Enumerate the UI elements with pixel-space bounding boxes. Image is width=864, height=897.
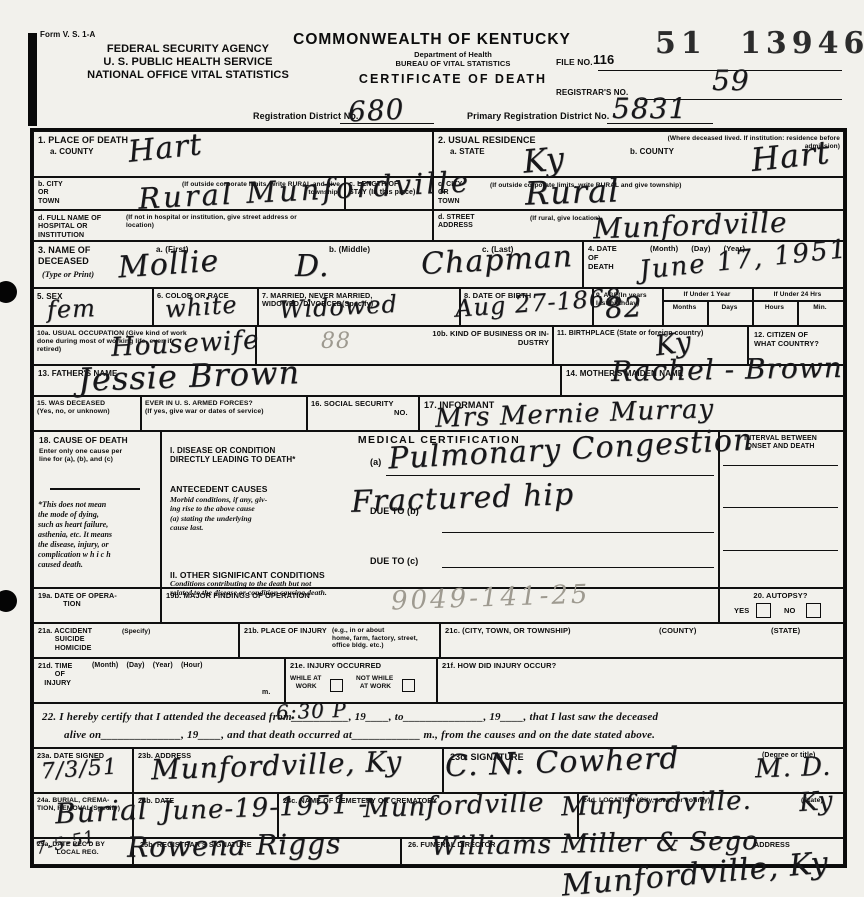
- accident-specify-note: (Specify): [122, 628, 150, 636]
- armed-forces-label: EVER IN U. S. ARMED FORCES? (If yes, giv…: [145, 400, 264, 416]
- place-of-injury-note: (e.g., in or about home, farm, factory, …: [332, 627, 418, 650]
- time-m-label: m.: [262, 689, 270, 697]
- field-armed-forces-a: 15. WAS DECEASED (Yes, no, or unknown): [33, 396, 141, 431]
- handwriting-sex: fem: [47, 294, 97, 324]
- kind-of-business-label: 10b. KIND OF BUSINESS OR IN- DUSTRY: [261, 330, 549, 348]
- handwriting-middle-name: D.: [295, 249, 330, 284]
- was-deceased-label: 15. WAS DECEASED (Yes, no, or unknown): [37, 400, 110, 416]
- time-of-injury-columns: (Month) (Day) (Year) (Hour): [92, 662, 203, 670]
- field-cause-of-death-notes: 18. CAUSE OF DEATH Enter only one cause …: [33, 431, 161, 588]
- time-of-injury-label: 21d. TIME OF INJURY: [38, 662, 72, 687]
- days-label: Days: [709, 304, 750, 312]
- certify-line-2: alive on______________, 19____, and that…: [64, 728, 655, 742]
- handwriting-race: white: [164, 291, 238, 324]
- how-injury-occurred-label: 21f. HOW DID INJURY OCCUR?: [442, 662, 556, 671]
- cause-note-divider: [50, 488, 140, 490]
- field-armed-forces-b: EVER IN U. S. ARMED FORCES? (If yes, giv…: [141, 396, 307, 431]
- handwriting-fathers-name: Jessie Brown: [77, 353, 300, 399]
- field-injury-city: 21c. (CITY, TOWN, OR TOWNSHIP) (COUNTY) …: [440, 623, 844, 658]
- date-of-death-label: 4. DATE OF DEATH: [588, 245, 617, 272]
- residence-county-label: b. COUNTY: [630, 147, 674, 156]
- age-months-cell: Months: [663, 301, 708, 326]
- hours-label: Hours: [754, 304, 795, 312]
- interval-line-1: [723, 465, 838, 466]
- handwriting-date-signed: 7/3/51: [40, 754, 118, 784]
- field-social-security-no: 16. SOCIAL SECURITY NO.: [307, 396, 419, 431]
- age-days-cell: Days: [708, 301, 753, 326]
- certificate-title: CERTIFICATE OF DEATH: [298, 72, 608, 87]
- field-time-of-injury: 21d. TIME OF INJURY (Month) (Day) (Year)…: [33, 658, 285, 703]
- file-stamp-right: 13946: [740, 26, 864, 61]
- field-kind-of-business: 10b. KIND OF BUSINESS OR IN- DUSTRY: [256, 326, 553, 365]
- social-security-no-label: NO.: [394, 409, 408, 418]
- handwriting-mothers-maiden-name: Rachel - Brown: [611, 351, 843, 388]
- hospital-name-note: (If not in hospital or institution, give…: [126, 214, 297, 229]
- date-of-operation-label: 19a. DATE OF OPERA- TION: [38, 592, 117, 609]
- autopsy-label: 20. AUTOPSY?: [720, 592, 841, 601]
- cause-a-line: [386, 475, 714, 476]
- age-min-cell: Min.: [798, 301, 844, 326]
- agency-line-2: U. S. PUBLIC HEALTH SERVICE: [48, 56, 328, 69]
- county-of-death-label: a. COUNTY: [50, 147, 94, 156]
- injury-state-label: (STATE): [771, 627, 800, 636]
- under-24-hrs-label: If Under 24 Hrs: [754, 291, 841, 299]
- field-how-injury-occurred: 21f. HOW DID INJURY OCCUR?: [437, 658, 844, 703]
- antecedent-causes-label: ANTECEDENT CAUSES: [170, 484, 268, 494]
- while-at-work-checkbox: [330, 679, 343, 692]
- social-security-label: 16. SOCIAL SECURITY: [311, 400, 394, 409]
- document-title: COMMONWEALTH OF KENTUCKY: [272, 31, 592, 49]
- handwriting-primary-district: 5831: [612, 92, 687, 125]
- certify-line-1: 22. I hereby certify that I attended the…: [42, 710, 658, 724]
- death-certificate-scan: Form V. S. 1-A FEDERAL SECURITY AGENCY U…: [0, 0, 864, 897]
- cause-c-line: [442, 567, 714, 568]
- form-number: Form V. S. 1-A: [40, 30, 95, 39]
- disease-condition-label: I. DISEASE OR CONDITION DIRECTLY LEADING…: [170, 446, 295, 465]
- file-stamp-left: 51: [655, 26, 707, 61]
- certificate-form: 1. PLACE OF DEATH a. COUNTY b. CITY OR T…: [30, 128, 847, 868]
- scan-edge-bar: [28, 33, 37, 126]
- agency-line-3: NATIONAL OFFICE VITAL STATISTICS: [48, 69, 328, 82]
- handwriting-kind-of-business: 88: [321, 329, 351, 354]
- autopsy-yes-checkbox: [756, 603, 771, 618]
- residence-state-label: a. STATE: [450, 147, 485, 156]
- age-hours-cell: Hours: [753, 301, 798, 326]
- handwriting-residence-city: Rural: [524, 171, 620, 212]
- name-of-deceased-label: 3. NAME OF DECEASED: [38, 245, 91, 266]
- place-of-death-label: 1. PLACE OF DEATH: [38, 135, 128, 146]
- while-at-work-label: WHILE AT WORK: [290, 675, 322, 690]
- morbid-conditions-note: Morbid conditions, if any, giv- ing rise…: [170, 495, 267, 532]
- file-no-label: FILE NO.: [556, 57, 593, 67]
- injury-city-label: 21c. (CITY, TOWN, OR TOWNSHIP): [445, 627, 571, 636]
- cause-of-death-label: 18. CAUSE OF DEATH: [39, 436, 128, 446]
- field-place-of-injury: 21b. PLACE OF INJURY (e.g., in or about …: [239, 623, 440, 658]
- autopsy-no-checkbox: [806, 603, 821, 618]
- handwriting-registrar-signature: Rowena Riggs: [127, 827, 342, 864]
- cause-of-death-note1: Enter only one cause per line for (a), (…: [39, 448, 122, 464]
- hole-punch-icon: [0, 590, 17, 612]
- autopsy-yes-label: YES: [734, 607, 749, 616]
- handwriting-age: 82: [604, 290, 643, 325]
- age-under-24-hrs-header: If Under 24 Hrs: [753, 288, 844, 301]
- months-label: Months: [664, 304, 705, 312]
- handwriting-registrar-no: 59: [712, 64, 750, 97]
- cause-b-line: [442, 532, 714, 533]
- hole-punch-icon: [0, 281, 17, 303]
- autopsy-no-label: NO: [784, 607, 795, 616]
- street-address-note: (If rural, give location): [530, 215, 600, 223]
- citizen-of-label: 12. CITIZEN OF WHAT COUNTRY?: [754, 331, 819, 348]
- field-date-of-operation: 19a. DATE OF OPERA- TION: [33, 588, 161, 623]
- injury-county-label: (COUNTY): [659, 627, 696, 636]
- injury-occurred-label: 21e. INJURY OCCURRED: [290, 662, 381, 671]
- file-no-prefix: 116: [593, 52, 614, 67]
- field-injury-occurred: 21e. INJURY OCCURRED WHILE AT WORK NOT W…: [285, 658, 437, 703]
- handwriting-first-name: Mollie: [117, 244, 221, 286]
- handwriting-cemetery-state: Ky: [798, 786, 834, 818]
- street-address-label: d. STREET ADDRESS: [438, 214, 475, 231]
- handwriting-burial: Burial: [54, 793, 148, 831]
- cause-a-tag: (a): [370, 457, 381, 468]
- type-or-print-note: (Type or Print): [42, 269, 94, 280]
- due-to-c-tag: DUE TO (c): [370, 556, 418, 567]
- field-certify-statement: 22. I hereby certify that I attended the…: [33, 703, 844, 748]
- primary-district-label: Primary Registration District No.: [467, 111, 609, 122]
- field-autopsy: 20. AUTOPSY? YES NO: [719, 588, 844, 623]
- place-of-injury-label: 21b. PLACE OF INJURY: [244, 627, 327, 635]
- cause-of-death-note2: *This does not mean the mode of dying, s…: [38, 500, 112, 570]
- handwriting-registration-district: 680: [347, 93, 405, 129]
- field-accident-suicide-homicide: 21a. ACCIDENT SUICIDE HOMICIDE (Specify): [33, 623, 239, 658]
- interval-line-3: [723, 550, 838, 551]
- middle-name-label: b. (Middle): [329, 245, 370, 254]
- age-under-1-year-header: If Under 1 Year: [663, 288, 753, 301]
- handwriting-degree: M. D.: [754, 752, 831, 785]
- city-of-death-label: b. CITY OR TOWN: [38, 181, 63, 206]
- handwriting-attended-from: 6:30 P: [276, 698, 348, 724]
- not-while-at-work-checkbox: [402, 679, 415, 692]
- handwriting-cemetery-name: Munfordville: [363, 788, 545, 824]
- min-label: Min.: [799, 304, 841, 312]
- handwriting-street-address: Munfordville: [592, 206, 788, 246]
- field-hospital-name: d. FULL NAME OF HOSPITAL OR INSTITUTION …: [33, 210, 433, 241]
- major-findings-label: 19b. MAJOR FINDINGS OF OPERATION: [166, 592, 310, 601]
- under-1-year-label: If Under 1 Year: [664, 291, 750, 299]
- not-while-at-work-label: NOT WHILE AT WORK: [356, 675, 393, 690]
- registration-district-label: Registration District No.: [253, 111, 359, 122]
- interval-line-2: [723, 507, 838, 508]
- accident-label: 21a. ACCIDENT SUICIDE HOMICIDE: [38, 627, 92, 652]
- hospital-name-label: d. FULL NAME OF HOSPITAL OR INSTITUTION: [38, 214, 101, 239]
